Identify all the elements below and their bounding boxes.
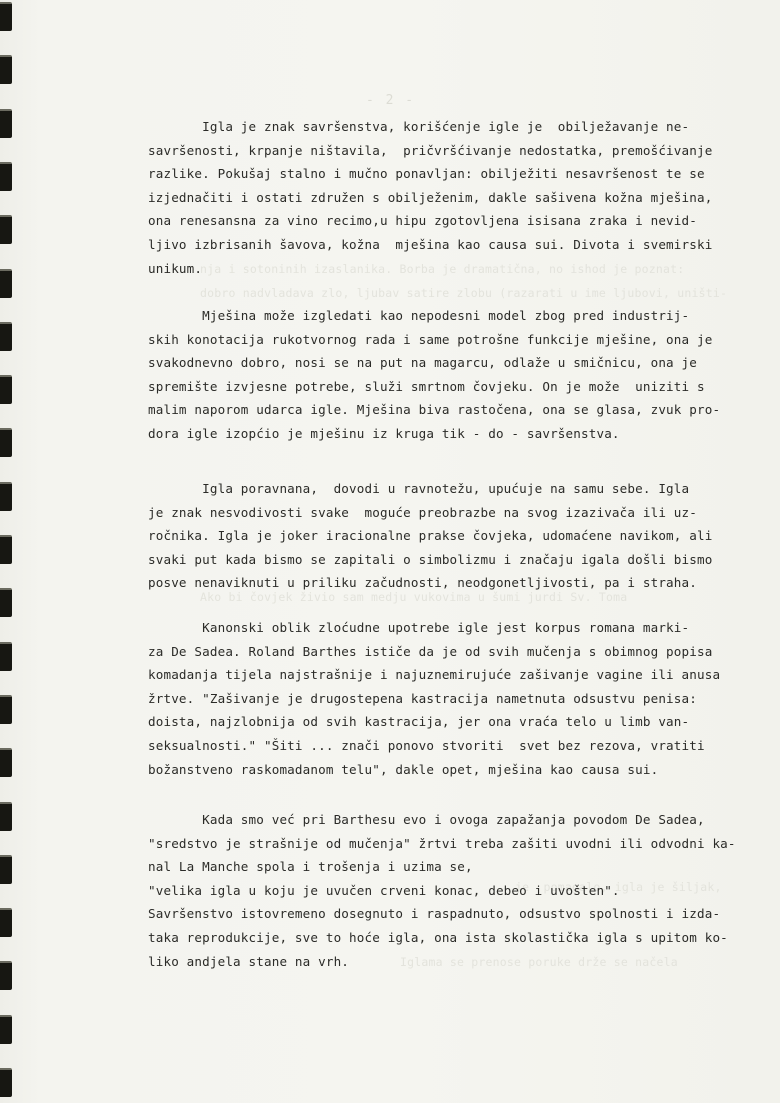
text-line: komadanja tijela najstrašnije i najuznem…: [148, 663, 748, 687]
text-line: razlike. Pokušaj stalno i mučno ponavlja…: [148, 162, 748, 186]
binding-hole: [0, 1068, 12, 1097]
text-line: "sredstvo je strašnije od mučenja" žrtvi…: [148, 832, 748, 856]
text-line: je znak nesvodivosti svake moguće preobr…: [148, 501, 748, 525]
text-line: nal La Manche spola i trošenja i uzima s…: [148, 855, 748, 879]
text-line: svakodnevno dobro, nosi se na put na mag…: [148, 351, 748, 375]
text-line: Savršenstvo istovremeno dosegnuto i rasp…: [148, 902, 748, 926]
binding-hole: [0, 428, 12, 457]
binding-hole: [0, 55, 12, 84]
binding-hole: [0, 695, 12, 724]
paragraph-3: Igla poravnana, dovodi u ravnotežu, upuć…: [148, 477, 748, 595]
binding-hole: [0, 961, 12, 990]
binding-hole: [0, 908, 12, 937]
page-number: - 2 -: [366, 93, 415, 108]
text-line: ona renesansna za vino recimo,u hipu zgo…: [148, 209, 748, 233]
text-line: posve nenaviknuti u priliku začudnosti, …: [148, 571, 748, 595]
document-page: - 2 - nja i sotoninih izaslanika. Borba …: [0, 0, 780, 1103]
binding-hole: [0, 375, 12, 404]
binding-hole: [0, 535, 12, 564]
text-line: Mješina može izgledati kao nepodesni mod…: [148, 304, 748, 328]
text-line: Kanonski oblik zloćudne upotrebe igle je…: [148, 616, 748, 640]
binding-hole: [0, 1015, 12, 1044]
text-line: dora igle izopćio je mješinu iz kruga ti…: [148, 422, 748, 446]
text-line: "velika igla u koju je uvučen crveni kon…: [148, 879, 748, 903]
text-line: skih konotacija rukotvornog rada i same …: [148, 328, 748, 352]
text-line: unikum.: [148, 257, 748, 281]
binding-hole: [0, 162, 12, 191]
paragraph-2: Mješina može izgledati kao nepodesni mod…: [148, 304, 748, 446]
binding-hole: [0, 109, 12, 138]
binding-hole: [0, 482, 12, 511]
text-line: spremište izvjesne potrebe, služi smrtno…: [148, 375, 748, 399]
text-line: Kada smo već pri Barthesu evo i ovoga za…: [148, 808, 748, 832]
paragraph-4: Kanonski oblik zloćudne upotrebe igle je…: [148, 616, 748, 781]
text-line: taka reprodukcije, sve to hoće igla, ona…: [148, 926, 748, 950]
text-line: Igla poravnana, dovodi u ravnotežu, upuć…: [148, 477, 748, 501]
bleed-through-text: dobro nadvladava zlo, ljubav satire zlob…: [200, 286, 727, 300]
paragraph-1: Igla je znak savršenstva, korišćenje igl…: [148, 115, 748, 280]
binding-hole: [0, 802, 12, 831]
text-line: ljivo izbrisanih šavova, kožna mješina k…: [148, 233, 748, 257]
binding-hole: [0, 269, 12, 298]
text-line: doista, najzlobnija od svih kastracija, …: [148, 710, 748, 734]
text-line: svaki put kada bismo se zapitali o simbo…: [148, 548, 748, 572]
text-line: Igla je znak savršenstva, korišćenje igl…: [148, 115, 748, 139]
text-line: za De Sadea. Roland Barthes ističe da je…: [148, 640, 748, 664]
text-line: liko andjela stane na vrh.: [148, 950, 748, 974]
text-line: seksualnosti." "Šiti ... znači ponovo st…: [148, 734, 748, 758]
text-line: žrtve. "Zašivanje je drugostepena kastra…: [148, 687, 748, 711]
text-line: ročnika. Igla je joker iracionalne praks…: [148, 524, 748, 548]
text-line: savršenosti, krpanje ništavila, pričvršć…: [148, 139, 748, 163]
binding-hole: [0, 215, 12, 244]
text-line: božanstveno raskomadanom telu", dakle op…: [148, 758, 748, 782]
paragraph-5: Kada smo već pri Barthesu evo i ovoga za…: [148, 808, 748, 973]
binding-hole: [0, 588, 12, 617]
binding-hole: [0, 2, 12, 31]
binding-hole: [0, 642, 12, 671]
text-line: izjednačiti i ostati združen s obilježen…: [148, 186, 748, 210]
binding-hole: [0, 322, 12, 351]
text-line: malim naporom udarca igle. Mješina biva …: [148, 398, 748, 422]
binding-hole: [0, 748, 12, 777]
binding-hole: [0, 855, 12, 884]
